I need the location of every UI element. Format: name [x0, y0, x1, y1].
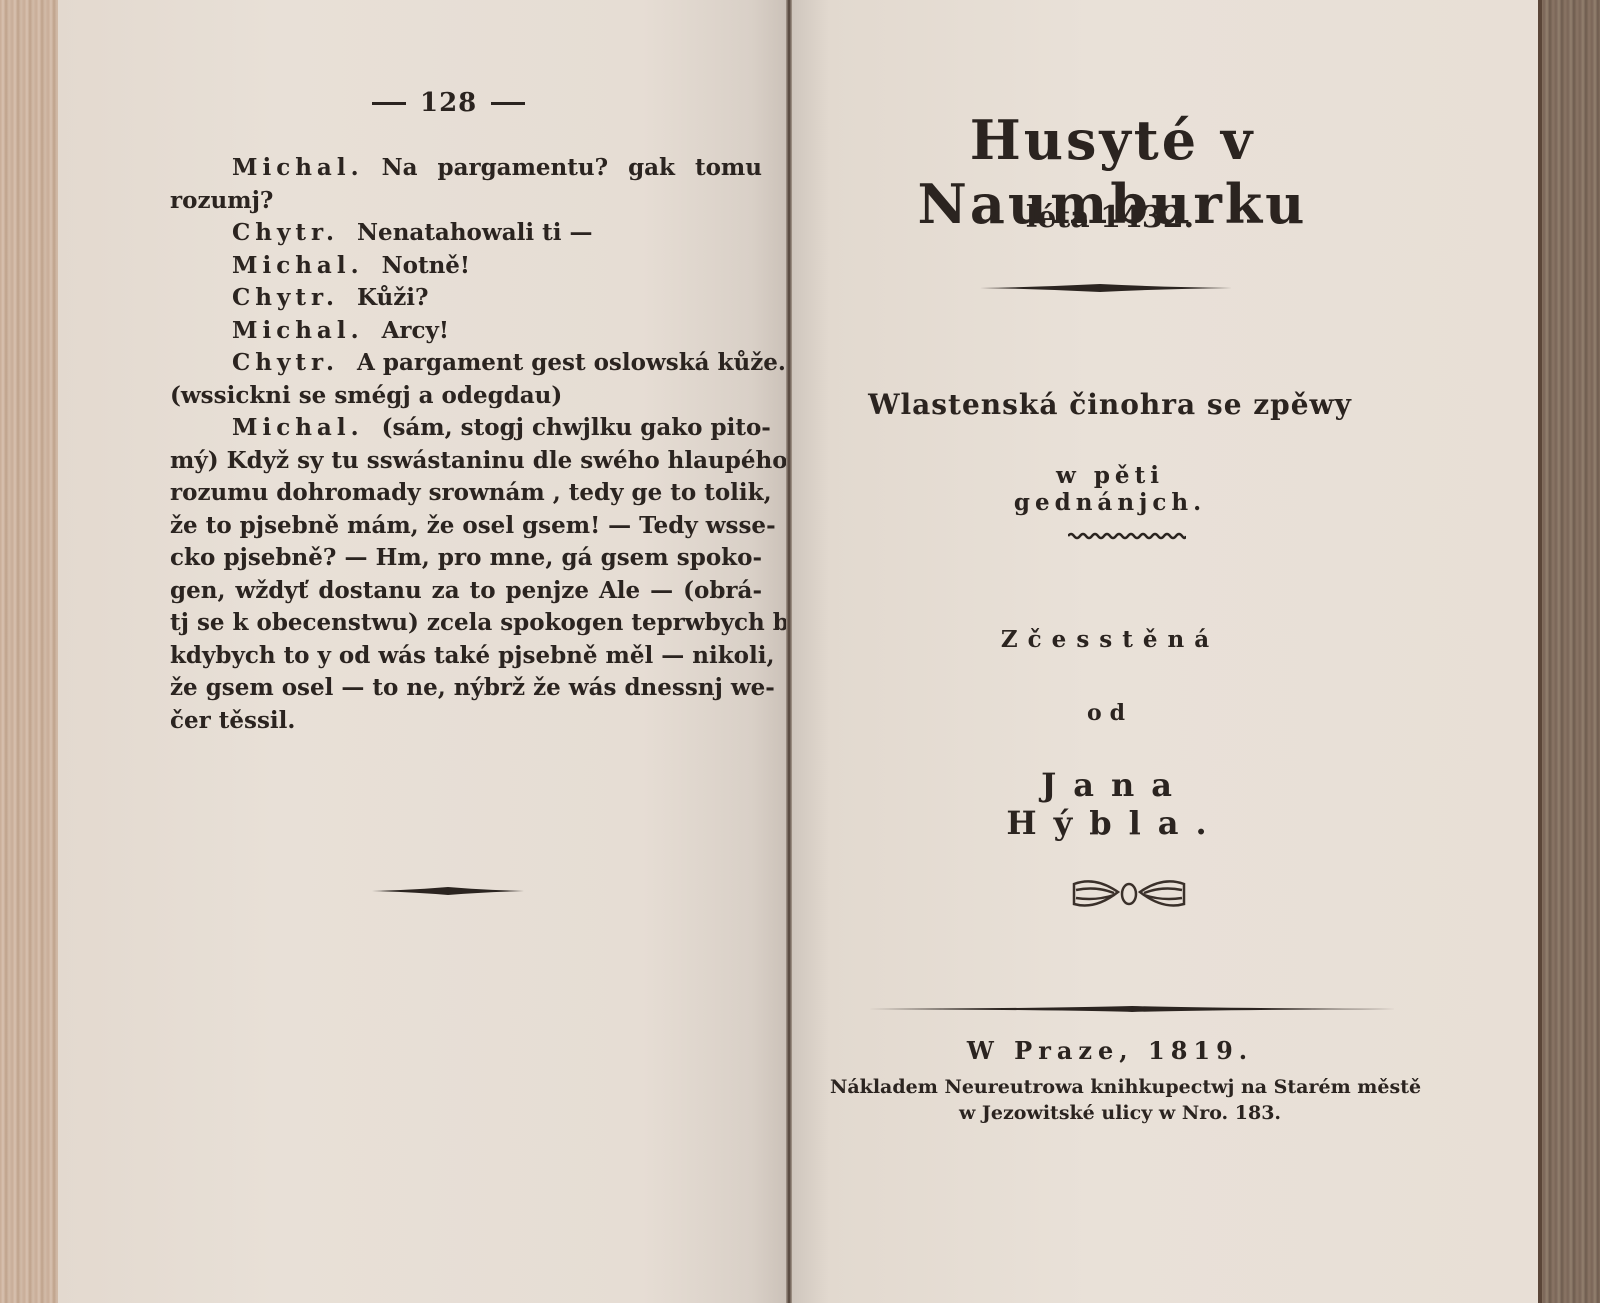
year-line: léta 1432.: [1010, 200, 1210, 235]
text-line: že gsem osel — to ne, nýbrž že wás dness…: [170, 672, 762, 705]
translated-label: Zčesstěná: [960, 626, 1260, 653]
end-rule-ornament: [372, 886, 524, 896]
text-line: tj se k obecenstwu) zcela spokogen teprw…: [170, 607, 762, 640]
text-line: gen, wždyť dostanu za to penjze Ale — (o…: [170, 575, 762, 608]
line-text: Nenatahowali ti —: [357, 219, 592, 246]
speaker-name: Michal.: [232, 317, 364, 344]
line-text: rozumj?: [170, 187, 273, 214]
text-line: cko pjsebně? — Hm, pro mne, gá gsem spok…: [170, 542, 762, 575]
line-text: Notně!: [382, 252, 470, 279]
bleed-through-text: [170, 920, 750, 1085]
imprint-rule: [868, 1004, 1396, 1014]
page-number: 128: [372, 88, 572, 118]
publisher-imprint-line-2: w Jezowitské ulicy w Nro. 183.: [880, 1102, 1360, 1124]
dash-left: [372, 102, 406, 105]
by-label: od: [1060, 700, 1160, 726]
text-line: rozumj?: [170, 185, 762, 218]
text-line: (wssickni se smégj a odegdau): [170, 380, 762, 413]
line-text: cko pjsebně? — Hm, pro mne, gá gsem spok…: [170, 544, 762, 571]
line-text: mý) Když sy tu sswástaninu dle swého hla…: [170, 447, 788, 474]
dialogue-text: Michal.Na pargamentu? gak tomurozumj?Chy…: [170, 152, 762, 737]
line-text: Kůži?: [357, 284, 428, 311]
line-text: že to pjsebně mám, že osel gsem! — Tedy …: [170, 512, 776, 539]
line-text: kdybych to y od wás také pjsebně měl — n…: [170, 642, 774, 669]
subtitle: Wlastenská činohra se zpěwy: [860, 388, 1360, 421]
line-text: Na pargamentu? gak tomu: [382, 154, 762, 181]
line-text: gen, wždyť dostanu za to penjze Ale — (o…: [170, 577, 762, 604]
line-text: A pargament gest oslowská kůže.: [357, 349, 786, 376]
text-line: Michal.Notně!: [170, 250, 762, 283]
text-line: Michal.Arcy!: [170, 315, 762, 348]
text-line: rozumu dohromady srownám , tedy ge to to…: [170, 477, 762, 510]
title-rule-ornament: [980, 282, 1232, 294]
text-line: Michal.(sám, stogj chwjlku gako pito-: [170, 412, 762, 445]
text-line: čer těssil.: [170, 705, 762, 738]
speaker-name: Michal.: [232, 252, 364, 279]
speaker-name: Chytr.: [232, 349, 339, 376]
text-line: Chytr.Kůži?: [170, 282, 762, 315]
speaker-name: Michal.: [232, 154, 364, 181]
speaker-name: Michal.: [232, 414, 364, 441]
line-text: tj se k obecenstwu) zcela spokogen teprw…: [170, 609, 819, 636]
text-line: kdybych to y od wás také pjsebně měl — n…: [170, 640, 762, 673]
line-text: Arcy!: [382, 317, 449, 344]
dash-right: [491, 102, 525, 105]
line-text: že gsem osel — to ne, nýbrž že wás dness…: [170, 674, 775, 701]
page-number-text: 128: [420, 88, 477, 118]
open-book: 128 Michal.Na pargamentu? gak tomurozumj…: [0, 0, 1600, 1303]
speaker-name: Chytr.: [232, 284, 339, 311]
subtitle-acts: w pěti gednánjch.: [960, 462, 1260, 516]
wavy-divider-ornament: [1068, 532, 1186, 540]
author-name: Jana Hýbla.: [940, 766, 1290, 842]
text-line: mý) Když sy tu sswástaninu dle swého hla…: [170, 445, 762, 478]
line-text: (sám, stogj chwjlku gako pito-: [382, 414, 771, 441]
printer-ornament-icon: [1070, 874, 1188, 914]
text-line: Chytr.Nenatahowali ti —: [170, 217, 762, 250]
line-text: rozumu dohromady srownám , tedy ge to to…: [170, 479, 772, 506]
line-text: čer těssil.: [170, 707, 295, 734]
speaker-name: Chytr.: [232, 219, 339, 246]
text-line: že to pjsebně mám, že osel gsem! — Tedy …: [170, 510, 762, 543]
line-text: (wssickni se smégj a odegdau): [170, 382, 562, 409]
right-page-edges: [1538, 0, 1600, 1303]
text-line: Chytr.A pargament gest oslowská kůže.: [170, 347, 762, 380]
publisher-imprint-line-1: Nákladem Neureutrowa knihkupectwj na Sta…: [830, 1076, 1420, 1098]
place-and-year: W Praze, 1819.: [960, 1036, 1260, 1065]
left-page-edges: [0, 0, 58, 1303]
text-line: Michal.Na pargamentu? gak tomu: [170, 152, 762, 185]
